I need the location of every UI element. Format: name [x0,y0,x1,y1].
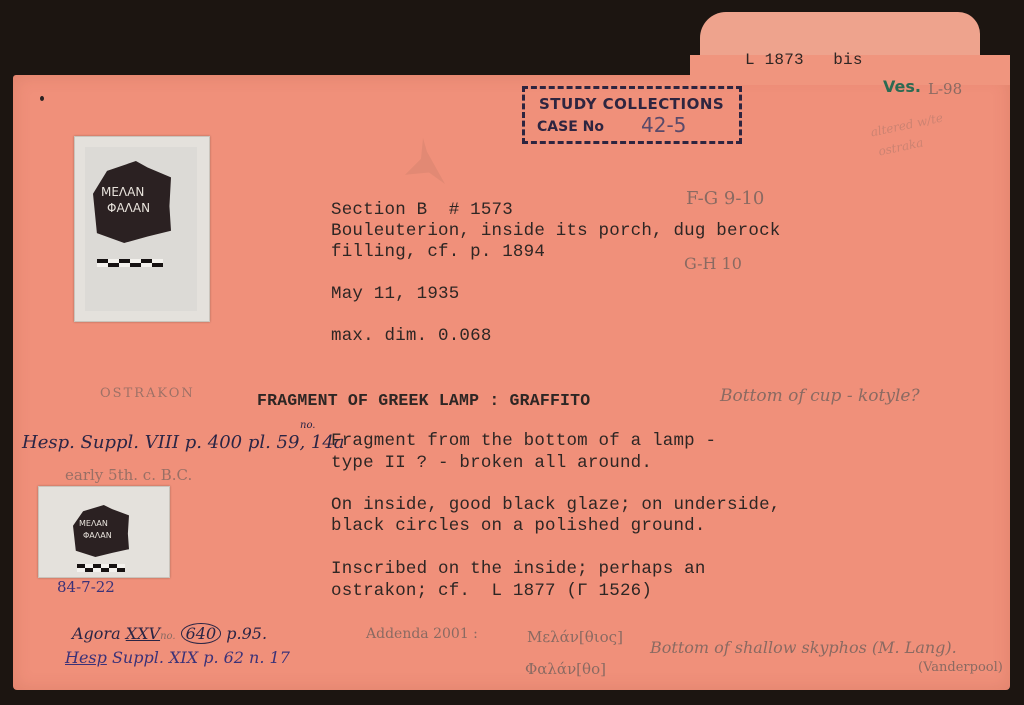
location-line-1: Bouleuterion, inside its porch, dug bero… [331,221,780,242]
inventory-number-tab: L 1873 bis [745,50,863,71]
glaze-line-1: On inside, good black glaze; on undersid… [331,495,780,516]
hesperia-reference: Hesp. Suppl. VIII p. 400 pl. 59, 14a [22,432,345,453]
max-dimension: max. dim. 0.068 [331,326,492,347]
agora-reference: Agora XXVno. 640 p.95. [72,624,267,643]
bottom-pencil-note: Bottom of shallow skyphos (M. Lang). [650,638,957,657]
photo-number: 84-7-22 [57,578,115,596]
inscription-line-2: ostrakon; cf. L 1877 (Γ 1526) [331,581,652,602]
agora-prefix: Agora [72,624,121,643]
addenda-greek-2: Φαλάν[θο] [525,660,606,678]
hesperia-suppl-reference: Hesp Suppl. XIX p. 62 n. 17 [65,648,290,667]
scale-bar-bottom [77,564,125,572]
pin-hole [40,96,44,101]
date-note: early 5th. c. B.C. [65,466,192,484]
inscription-line-2: ΦΑΛΑΝ [83,531,112,540]
scale-bar-top [97,259,163,267]
addenda-label: Addenda 2001 : [366,626,478,642]
agora-catalog-number: 640 [181,623,222,644]
pencil-code: L-98 [928,80,962,98]
sherd-image-bottom: ΜΕΛΑΝ ΦΑΛΑΝ [73,505,129,557]
agora-page: p.95. [226,624,267,643]
photo-top: ΜΕΛΑΝ ΦΑΛΑΝ [74,136,210,322]
stamp-line-2: CASE No [537,119,604,135]
inscription-line-1: Inscribed on the inside; perhaps an [331,559,706,580]
hesperia-reference-superscript: no. [300,420,315,431]
study-collections-stamp: STUDY COLLECTIONS CASE No 42-5 [522,86,742,144]
hesp-suppl-rest: Suppl. XIX p. 62 n. 17 [112,648,290,667]
photo-bottom: ΜΕΛΑΝ ΦΑΛΑΝ [38,486,170,578]
agora-volume: XXV [126,624,160,643]
object-title: FRAGMENT OF GREEK LAMP : GRAFFITO [257,390,590,411]
stamp-line-1: STUDY COLLECTIONS [539,95,724,113]
grid-reference-1: F-G 9-10 [686,188,764,209]
bottom-note-author: (Vanderpool) [918,660,1003,675]
green-ink-mark: Ves. [883,77,921,96]
ostrakon-label: OSTRAKON [100,386,195,401]
description-line-1: Fragment from the bottom of a lamp - [331,431,716,452]
hesp-prefix: Hesp [65,648,107,667]
glaze-line-2: black circles on a polished ground. [331,516,706,537]
excavation-date: May 11, 1935 [331,284,459,305]
section-number: Section B # 1573 [331,200,513,221]
addenda-greek-1: Μελάν[θιος] [527,628,623,646]
inscription-line-2: ΦΑΛΑΝ [107,201,150,215]
inscription-line-1: ΜΕΛΑΝ [79,519,108,528]
title-pencil-note: Bottom of cup - kotyle? [720,386,920,406]
agora-no-label: no. [160,631,175,642]
description-line-2: type II ? - broken all around. [331,453,652,474]
inscription-line-1: ΜΕΛΑΝ [101,185,144,199]
stamp-case-number: 42-5 [641,113,686,137]
location-line-2: filling, cf. p. 1894 [331,242,545,263]
grid-reference-2: G-H 10 [684,254,742,273]
